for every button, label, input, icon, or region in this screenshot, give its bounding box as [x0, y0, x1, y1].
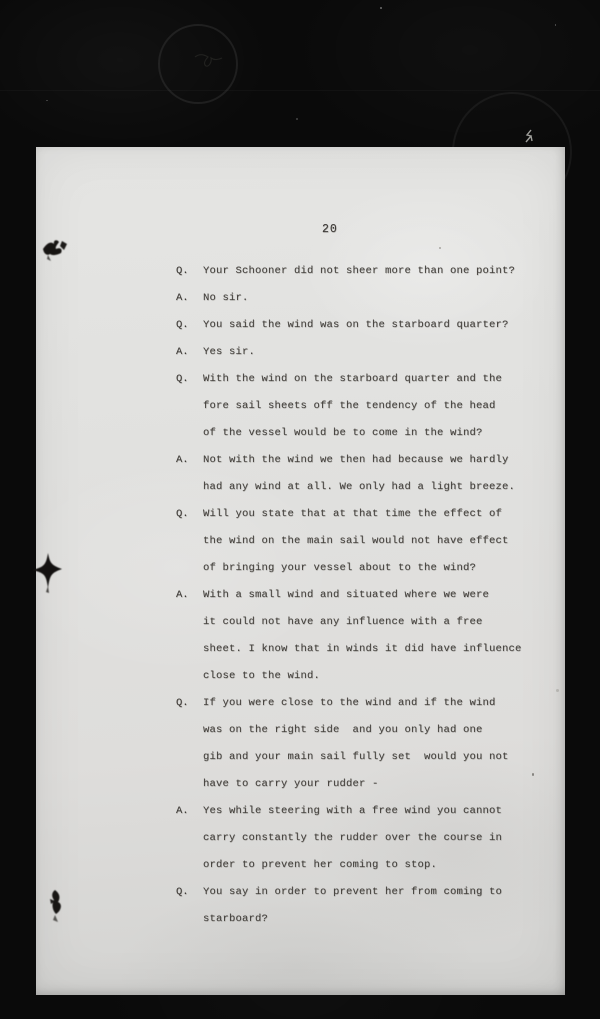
paper-speck	[439, 247, 441, 249]
paper-speck	[556, 689, 559, 692]
qa-speaker: Q.	[176, 258, 203, 285]
qa-row: Q. With the wind on the starboard quarte…	[176, 366, 554, 447]
qa-line: of the vessel would be to come in the wi…	[203, 420, 554, 447]
qa-line: With the wind on the starboard quarter a…	[203, 366, 554, 393]
qa-speaker: A.	[176, 798, 203, 825]
page-number: 20	[322, 223, 338, 236]
qa-line: had any wind at all. We only had a light…	[203, 474, 554, 501]
qa-lines: Your Schooner did not sheer more than on…	[203, 258, 554, 285]
qa-lines: Yes while steering with a free wind you …	[203, 798, 554, 879]
white-scratch-mark	[522, 128, 536, 146]
qa-row: A. No sir.	[176, 285, 554, 312]
qa-line: Your Schooner did not sheer more than on…	[203, 258, 554, 285]
paper-speck	[532, 773, 534, 776]
qa-lines: Not with the wind we then had because we…	[203, 447, 554, 501]
document-page: 20 Q. Your Schooner did not sheer more t…	[36, 147, 565, 995]
dust-speck	[296, 118, 298, 120]
qa-list: Q. Your Schooner did not sheer more than…	[176, 258, 554, 933]
qa-row: A. Yes while steering with a free wind y…	[176, 798, 554, 879]
qa-lines: With a small wind and situated where we …	[203, 582, 554, 690]
qa-row: Q. Your Schooner did not sheer more than…	[176, 258, 554, 285]
qa-row: A. With a small wind and situated where …	[176, 582, 554, 690]
qa-line: Yes while steering with a free wind you …	[203, 798, 554, 825]
qa-line: sheet. I know that in winds it did have …	[203, 636, 554, 663]
qa-speaker: Q.	[176, 690, 203, 717]
qa-lines: Yes sir.	[203, 339, 554, 366]
qa-speaker: A.	[176, 582, 203, 609]
qa-speaker: Q.	[176, 366, 203, 393]
qa-lines: You said the wind was on the starboard q…	[203, 312, 554, 339]
qa-speaker: A.	[176, 447, 203, 474]
dust-speck	[555, 24, 556, 26]
qa-line: close to the wind.	[203, 663, 554, 690]
qa-row: Q. You said the wind was on the starboar…	[176, 312, 554, 339]
qa-line: gib and your main sail fully set would y…	[203, 744, 554, 771]
qa-line: With a small wind and situated where we …	[203, 582, 554, 609]
qa-line: starboard?	[203, 906, 554, 933]
qa-line: Not with the wind we then had because we…	[203, 447, 554, 474]
qa-row: A. Yes sir.	[176, 339, 554, 366]
dust-speck	[380, 7, 382, 9]
qa-lines: Will you state that at that time the eff…	[203, 501, 554, 582]
ink-blot-icon	[39, 237, 69, 269]
ink-blot-icon	[29, 552, 67, 594]
qa-row: A. Not with the wind we then had because…	[176, 447, 554, 501]
qa-line: order to prevent her coming to stop.	[203, 852, 554, 879]
qa-row: Q. Will you state that at that time the …	[176, 501, 554, 582]
qa-line: Yes sir.	[203, 339, 554, 366]
qa-line: of bringing your vessel about to the win…	[203, 555, 554, 582]
qa-lines: You say in order to prevent her from com…	[203, 879, 554, 933]
qa-lines: No sir.	[203, 285, 554, 312]
ink-blot-icon	[43, 887, 69, 927]
qa-line: carry constantly the rudder over the cou…	[203, 825, 554, 852]
qa-lines: If you were close to the wind and if the…	[203, 690, 554, 798]
qa-speaker: A.	[176, 339, 203, 366]
qa-line: have to carry your rudder -	[203, 771, 554, 798]
dust-speck	[46, 100, 48, 101]
qa-line: You say in order to prevent her from com…	[203, 879, 554, 906]
qa-lines: With the wind on the starboard quarter a…	[203, 366, 554, 447]
qa-line: Will you state that at that time the eff…	[203, 501, 554, 528]
qa-row: Q. If you were close to the wind and if …	[176, 690, 554, 798]
qa-line: If you were close to the wind and if the…	[203, 690, 554, 717]
scan-artifact-line	[0, 90, 600, 91]
qa-speaker: Q.	[176, 312, 203, 339]
qa-line: fore sail sheets off the tendency of the…	[203, 393, 554, 420]
qa-line: No sir.	[203, 285, 554, 312]
qa-speaker: Q.	[176, 879, 203, 906]
qa-line: was on the right side and you only had o…	[203, 717, 554, 744]
qa-speaker: Q.	[176, 501, 203, 528]
stamp-squiggle-mark	[192, 48, 226, 74]
qa-line: You said the wind was on the starboard q…	[203, 312, 554, 339]
qa-line: it could not have any influence with a f…	[203, 609, 554, 636]
qa-line: the wind on the main sail would not have…	[203, 528, 554, 555]
qa-speaker: A.	[176, 285, 203, 312]
qa-row: Q. You say in order to prevent her from …	[176, 879, 554, 933]
